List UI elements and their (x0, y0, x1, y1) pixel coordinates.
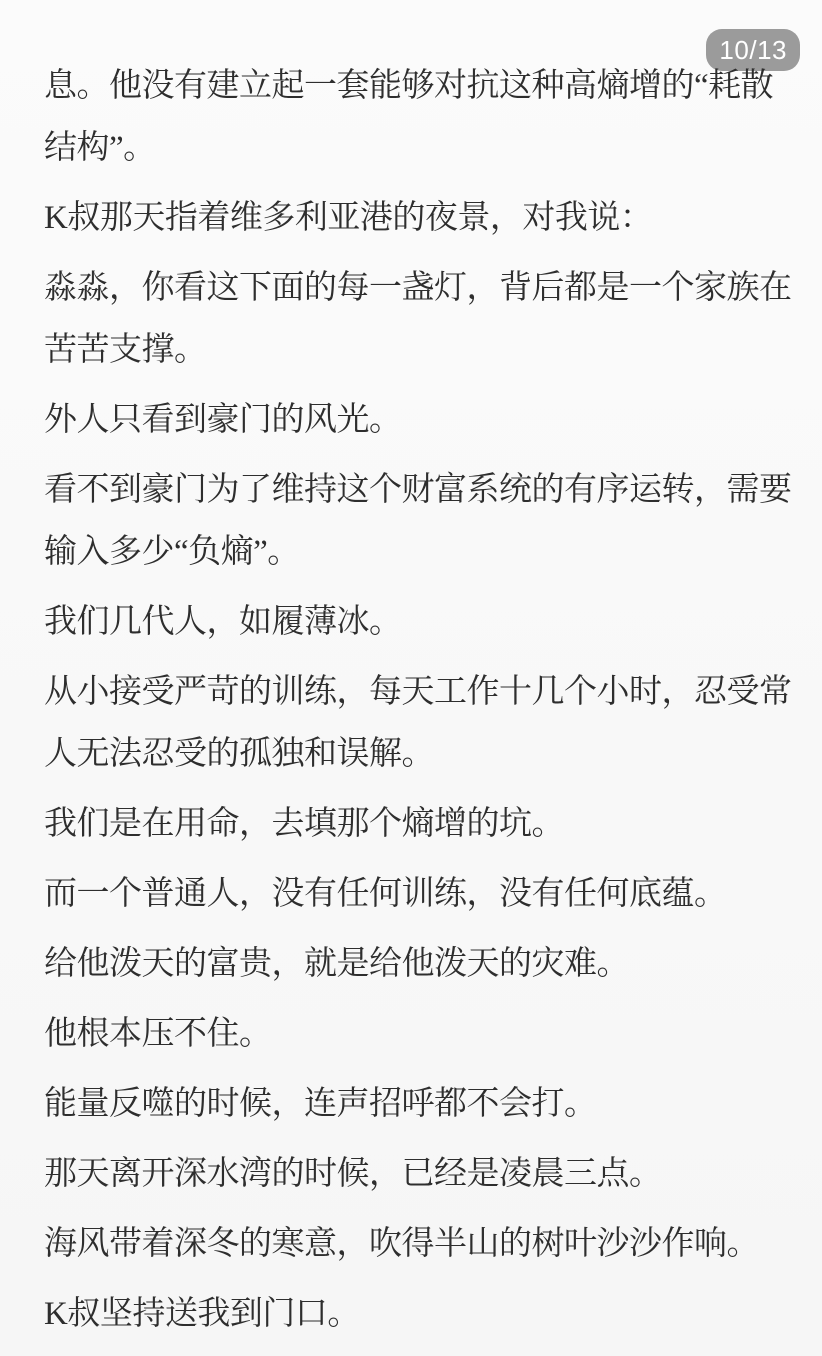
paragraph: 海风带着深冬的寒意，吹得半山的树叶沙沙作响。 (44, 1213, 798, 1275)
paragraph: 外人只看到豪门的风光。 (44, 389, 798, 451)
paragraph: 而一个普通人，没有任何训练，没有任何底蕴。 (44, 863, 798, 925)
paragraph: K叔坚持送我到门口。 (44, 1283, 798, 1345)
paragraph: 看不到豪门为了维持这个财富系统的有序运转，需要 输入多少“负熵”。 (44, 459, 798, 583)
paragraph: K叔那天指着维多利亚港的夜景，对我说： (44, 187, 798, 249)
article-text-body: 息。他没有建立起一套能够对抗这种高熵增的“耗散 结构”。 K叔那天指着维多利亚港… (0, 0, 822, 1345)
paragraph: 淼淼，你看这下面的每一盏灯，背后都是一个家族在 苦苦支撑。 (44, 257, 798, 381)
paragraph: 能量反噬的时候，连声招呼都不会打。 (44, 1073, 798, 1135)
paragraph: 从小接受严苛的训练，每天工作十几个小时，忍受常 人无法忍受的孤独和误解。 (44, 661, 798, 785)
paragraph: 那天离开深水湾的时候，已经是凌晨三点。 (44, 1143, 798, 1205)
carousel-image-page[interactable]: 10/13 息。他没有建立起一套能够对抗这种高熵增的“耗散 结构”。 K叔那天指… (0, 0, 822, 1356)
paragraph: 他根本压不住。 (44, 1003, 798, 1065)
paragraph: 息。他没有建立起一套能够对抗这种高熵增的“耗散 结构”。 (44, 55, 798, 179)
paragraph: 给他泼天的富贵，就是给他泼天的灾难。 (44, 933, 798, 995)
paragraph: 我们是在用命，去填那个熵增的坑。 (44, 793, 798, 855)
paragraph: 我们几代人，如履薄冰。 (44, 591, 798, 653)
